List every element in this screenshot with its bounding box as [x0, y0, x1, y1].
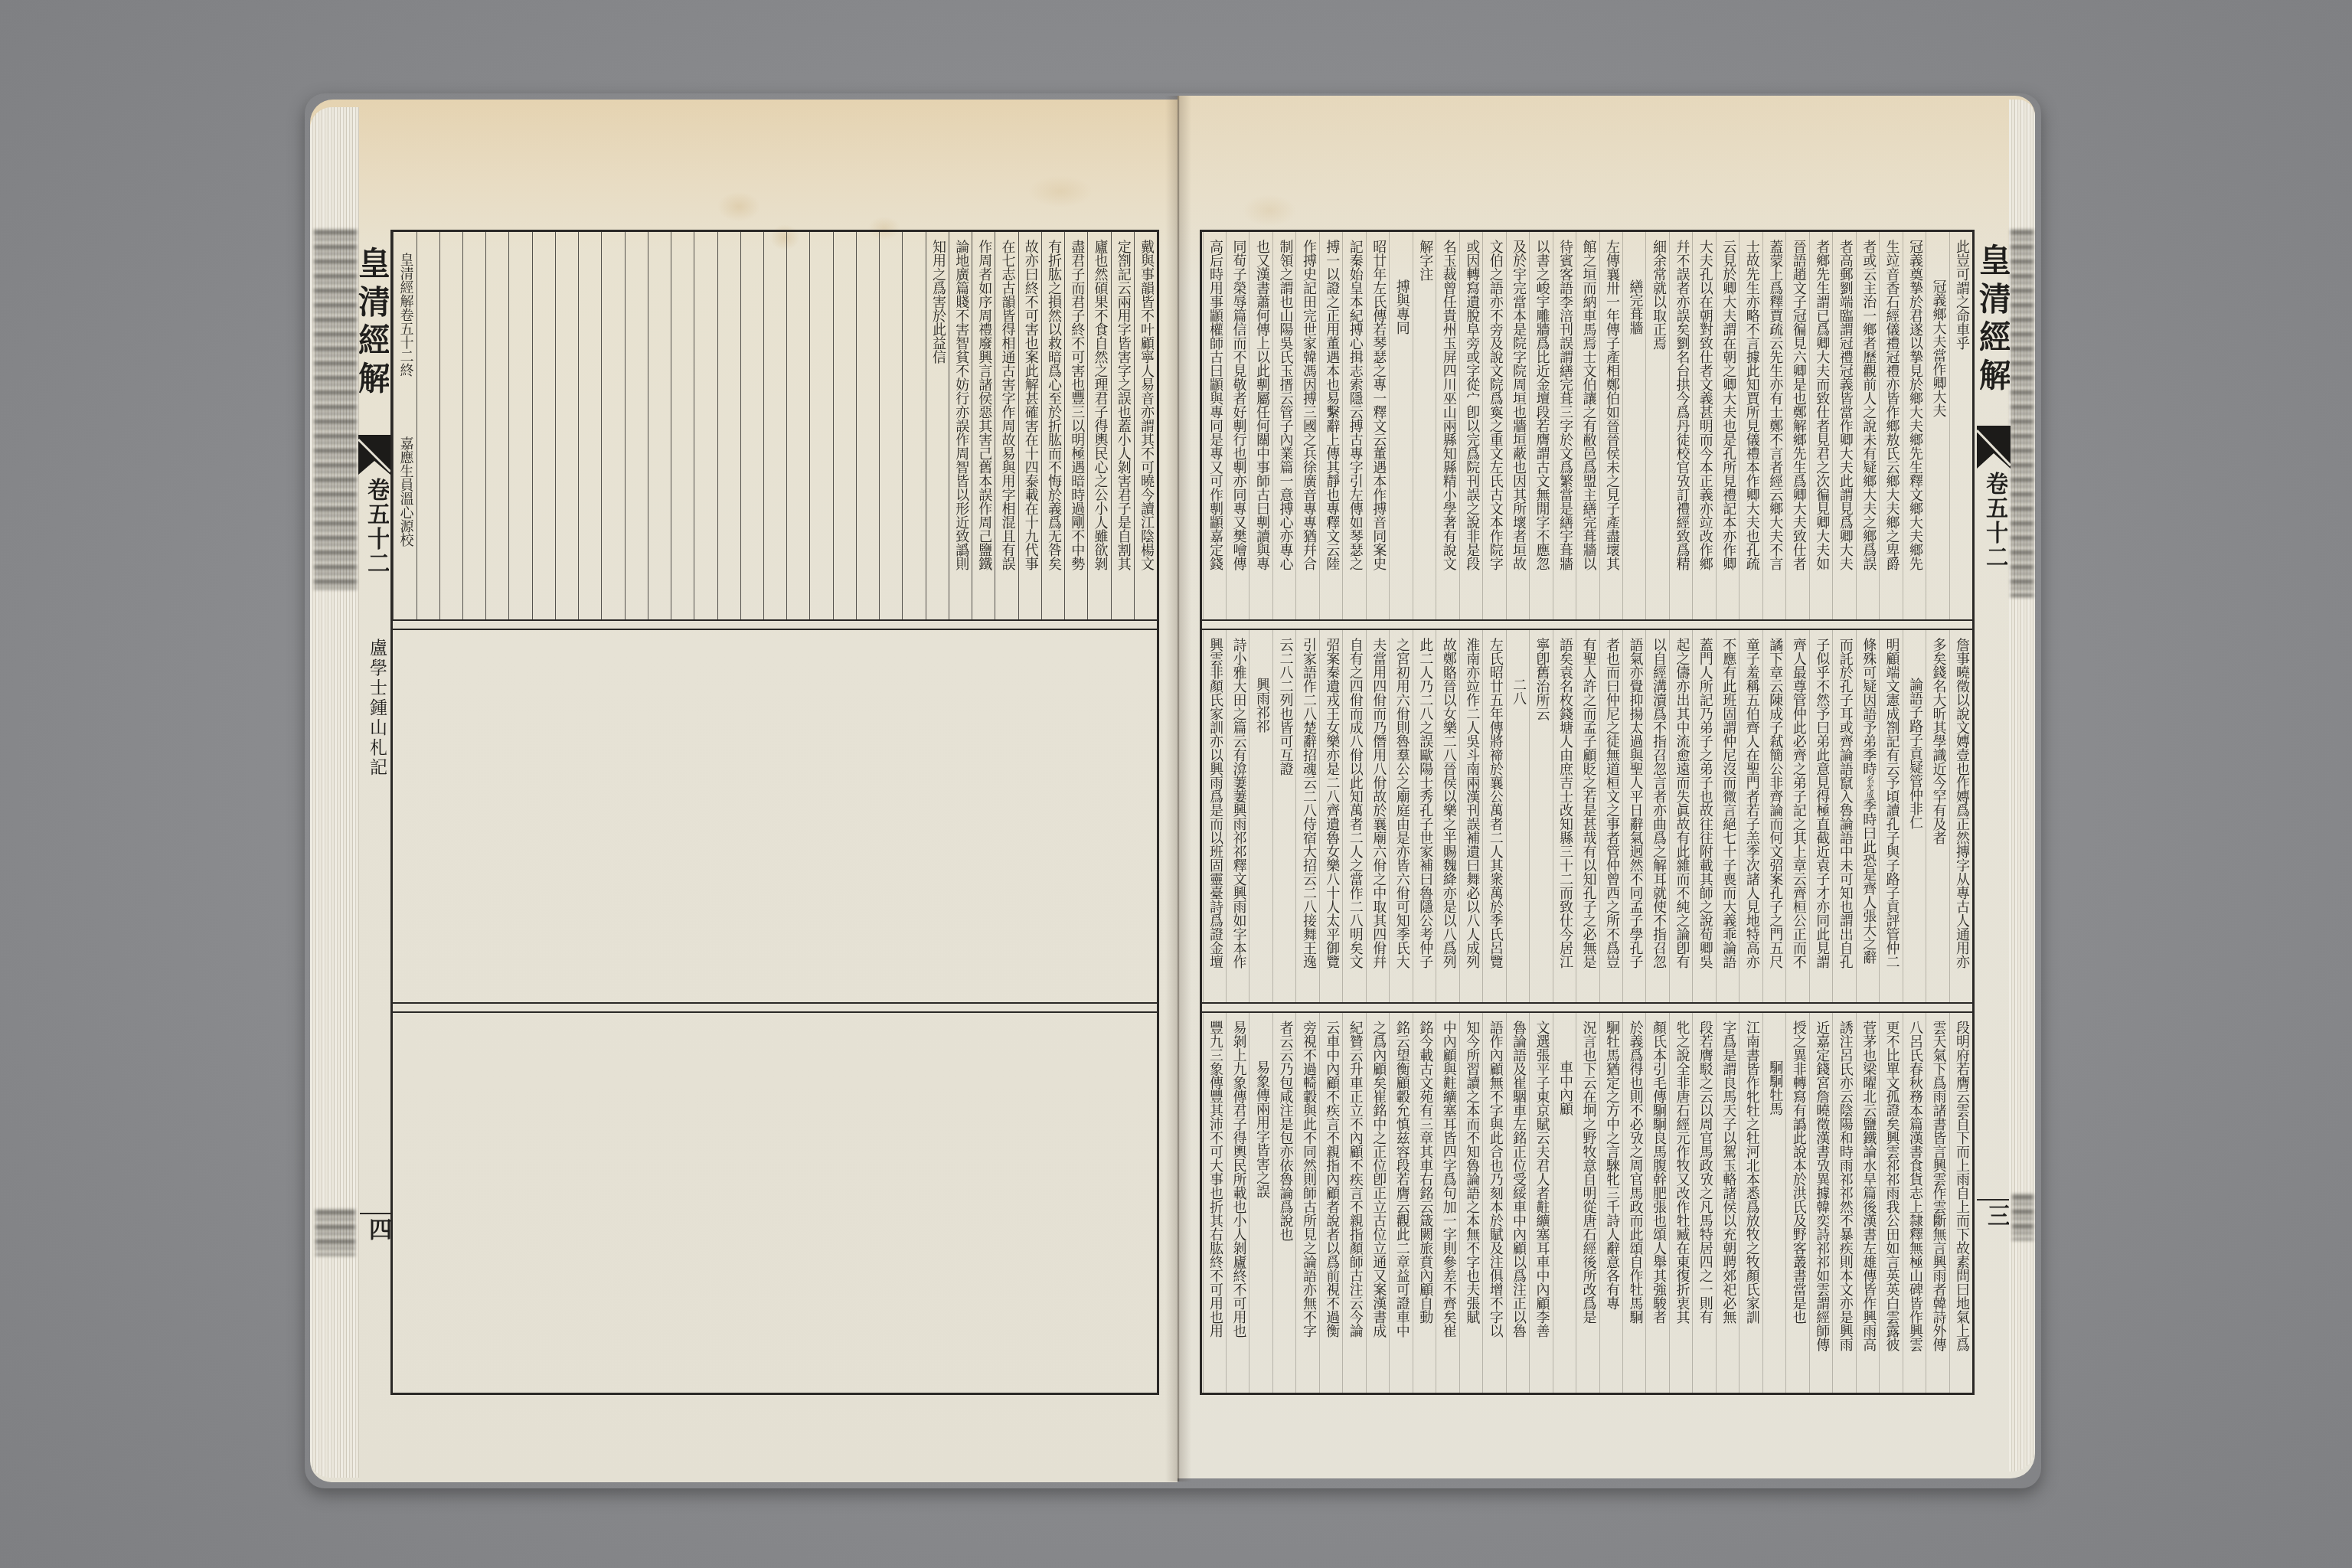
text-column: 魯論語及崔駰車左銘正位受綏車中內顧以爲注正以魯 — [1506, 1013, 1529, 1393]
text-column: 詩小雅大田之篇云有渰萋萋興雨祁祁釋文興雨如字本作 — [1226, 630, 1249, 1002]
column-text: 況言也下云在坰之野牧意自明從唐石經後所改爲是 — [1581, 1021, 1597, 1324]
column-text: 盡君子而君子終不可害也豐三以明極遇暗時過剛不中勢 — [1069, 240, 1085, 570]
column-text: 云車中內顧不疾言不親指內顧者說者以爲前視不過衡 — [1324, 1021, 1340, 1338]
entry-heading-column: 搏與專同 — [1389, 232, 1412, 619]
text-column: 盡君子而君子終不可害也豐三以明極遇暗時過剛不中勢 — [1064, 232, 1087, 619]
blank-ruled-column — [462, 232, 485, 619]
blank-ruled-column — [786, 232, 809, 619]
text-column: 詹事曉徵以說文嫥壹也作嫥爲正然摶字从專古人通用亦 — [1949, 630, 1972, 1002]
volume-end-mark: 皇清經解卷五十二終 — [398, 253, 414, 377]
column-text: 有聖人許之而孟子顧貶之若是甚哉有以知孔子之必無是 — [1581, 638, 1597, 969]
column-text: 寧卽舊治所云 — [1534, 638, 1550, 720]
column-text: 制領之謂也山陽吳氏玉搢云管子內業篇一意搏心亦專心 — [1277, 240, 1293, 570]
text-column: 齊人最尊管仲此必齊之弟子記之其上章云齊桓公正而不 — [1785, 630, 1808, 1002]
text-column: 論地廣篇賤不害智貧不妨行亦誤作周智皆以形近致譌則 — [949, 232, 972, 619]
column-text: 譎下章云陳成子弒簡公非齊論而何文弨案孔子之門五尺 — [1767, 638, 1783, 969]
column-text: 者鄉先生謂已爲卿大夫而致仕者見君之次徧見卿大夫如 — [1814, 240, 1830, 570]
column-text: 易象傳兩用字皆害之誤 — [1254, 1060, 1270, 1198]
column-text: 細余常就以取正焉 — [1651, 240, 1667, 350]
text-column: 旁視不過輢轂與此不同然則師古所見之論語亦無不字 — [1295, 1013, 1318, 1393]
text-column: 童子羞稱五伯齊人在聖門者若子羔季次諸人見地特高亦 — [1739, 630, 1762, 1002]
text-column: 語矣袁名枚錢塘人由庶吉士改知縣三十二而致仕今居江 — [1553, 630, 1576, 1002]
text-column: 而託於孔子耳或齊論語竄入魯論語中未可知也謂出自孔 — [1832, 630, 1855, 1002]
column-text: 廬也然碩果不食自然之理君子得輿民心之公小人雖欲剝 — [1093, 240, 1109, 570]
column-text: 興雨祁祁 — [1254, 678, 1270, 733]
text-column: 者云云乃包咸注是包亦依魯論爲說也 — [1272, 1013, 1295, 1393]
text-column: 字爲是謂良馬天子以駕玉輅諸侯以充朝聘郊祀必無 — [1716, 1013, 1739, 1393]
text-column: 譎下章云陳成子弒簡公非齊論而何文弨案孔子之門五尺 — [1762, 630, 1785, 1002]
column-text: 作搏史記田完世家韓馮因搏三國之兵徐廣音專專猶幷合 — [1301, 240, 1317, 570]
column-text: 授之異非轉寫有譌此說本於洪氏及野客叢書當是也 — [1791, 1021, 1807, 1324]
blank-ruled-column — [856, 232, 879, 619]
column-text: 自有之四佾而成八佾以此知萬者二人之當作二八明矣文 — [1347, 638, 1364, 969]
text-column: 紀贊云升車正立不內顧不疾言不親指顏師古注云今論 — [1342, 1013, 1365, 1393]
fish-tail-mark-icon — [1977, 426, 2011, 469]
blank-ruled-column — [601, 232, 624, 619]
column-text: 搏一以證之正用董遇本也易繫辭上傳其靜也專釋文云陸 — [1324, 240, 1340, 570]
column-text: 待賓客語李涪刊誤謂繕完葺三字於文爲繁當是繕宇葺牆 — [1557, 240, 1573, 570]
column-text: 旁視不過輢轂與此不同然則師古所見之論語亦無不字 — [1301, 1021, 1317, 1338]
banxin-juan-number: 卷五十二 — [1980, 472, 2007, 579]
column-text: 近嘉定錢宮詹曉徵漢書攷異據韓奕詩祁祁如雲謂經師傳 — [1814, 1021, 1830, 1351]
column-text: 童子羞稱五伯齊人在聖門者若子羔季次諸人見地特高亦 — [1744, 638, 1760, 969]
text-column: 雲天氣下爲雨諸書皆言興雲作雲斷無言興雨者韓詩外傳 — [1926, 1013, 1949, 1393]
blank-ruled-column — [694, 232, 717, 619]
left-stack-page-number-bleed — [315, 1210, 355, 1256]
column-text: 銘云望衡顧轂允慎兹容段若膺云觀此二章益可證車中 — [1394, 1021, 1410, 1338]
column-text: 駉駉牡馬 — [1767, 1060, 1783, 1116]
interlinear-note: 名允成 — [1864, 776, 1873, 799]
right-bottom-columns: 段明府若膺云雲自下而上雨自上而下故素問曰地氣上爲雲天氣下爲雨諸書皆言興雲作雲斷無… — [1202, 1013, 1972, 1393]
text-column: 館之垣而納車馬焉士文伯讓之有敝邑爲盟主繕完葺牆以 — [1576, 232, 1599, 619]
blank-ruled-column — [879, 232, 902, 619]
text-column: 昭廿年左氏傳若琴瑟之專一釋文云董遇本作搏音同案史 — [1366, 232, 1389, 619]
text-column: 有聖人許之而孟子顧貶之若是甚哉有以知孔子之必無是 — [1576, 630, 1599, 1002]
text-column: 銘今載古文苑有三章其車右銘云箴闕旅賁內顧自動 — [1413, 1013, 1436, 1393]
left-page-text-frame: 戴與事韻皆不叶顧寧人易音亦謂其不可曉今讀江陰楊文定劄記云兩用字皆害字之誤也蓋小人… — [390, 230, 1159, 1395]
entry-heading-column: 冠義鄉大夫當作卿大夫 — [1926, 232, 1949, 619]
blank-ruled-column — [508, 232, 531, 619]
column-text: 多矣錢名大昕其學識近今罕有及者 — [1931, 638, 1947, 844]
text-column: 有折肱之損然以救暗爲心至於折肱而不悔於義爲无咎矣 — [1041, 232, 1064, 619]
column-text: 之宮初用六佾則魯羣公之廟庭由是亦皆六佾可知季氏大 — [1394, 638, 1410, 969]
column-text: 齊人最尊管仲此必齊之弟子記之其上章云齊桓公正而不 — [1791, 638, 1807, 969]
entry-heading-column: 興雨祁祁 — [1249, 630, 1272, 1002]
right-middle-register: 詹事曉徵以說文嫥壹也作嫥爲正然摶字从專古人通用亦多矣錢名大昕其學識近今罕有及者論… — [1202, 629, 1972, 1004]
text-column: 自有之四佾而成八佾以此知萬者二人之當作二八明矣文 — [1342, 630, 1365, 1002]
text-column: 子似乎不然予曰弟此意見得極直截近袁子才亦同此見謂 — [1809, 630, 1832, 1002]
text-column: 故亦曰終不可害也案此解甚確害在十四泰載在十九代事 — [1018, 232, 1041, 619]
text-column: 定劄記云兩用字皆害字之誤也蓋小人剝害君子是自割其 — [1111, 232, 1134, 619]
page-number: 四 — [363, 1217, 390, 1248]
column-text: 更不比單文孤證矣興雲祁祁雨我公田如言英英白雲露彼 — [1884, 1021, 1900, 1351]
text-column: 作搏史記田完世家韓馮因搏三國之兵徐廣音專專猶幷合 — [1295, 232, 1318, 619]
left-bottom-register-blank — [393, 1011, 1157, 1393]
column-text: 左氏昭廿五年傳將禘於襄公萬者二人其衆萬於季氏呂覽 — [1488, 638, 1504, 969]
blank-ruled-column — [763, 232, 786, 619]
left-stack-banxin-print-bleed — [314, 230, 357, 590]
collator-credit: 嘉應生員溫心源校 — [398, 377, 414, 547]
text-column: 士故先生亦略不言據此知賈所見儀禮本作卿大夫也孔疏 — [1739, 232, 1762, 619]
column-text: 雲天氣下爲雨諸書皆言興雲作雲斷無言興雨者韓詩外傳 — [1931, 1021, 1947, 1351]
text-column: 作周者如序周禮廢興言諸侯惡其害己舊本誤作周己鹽鐵 — [972, 232, 995, 619]
column-text: 銘今載古文苑有三章其車右銘云箴闕旅賁內顧自動 — [1417, 1021, 1433, 1324]
page-number: 三 — [1981, 1204, 2009, 1234]
column-text: 名玉裁曾任貴州玉屏四川巫山兩縣知縣精小學著有說文 — [1441, 240, 1457, 570]
text-column: 八呂氏春秋務本篇漢書食貨志上隸釋無極山碑皆作興雲 — [1903, 1013, 1926, 1393]
column-text: 車中內顧 — [1557, 1060, 1573, 1116]
blank-ruled-column — [485, 232, 508, 619]
column-text: 駉牡馬猶定之方中之言騋牝三千詩人辭意各有專 — [1604, 1021, 1620, 1310]
text-column: 記秦始皇本紀搏心揖志索隱云搏古專字引左傳如琴瑟之 — [1342, 232, 1365, 619]
column-text: 者或云主治一鄉者歷觀前人之說未有疑鄉大夫之鄉爲誤 — [1860, 240, 1877, 570]
column-text: 者高郵劉端臨謂冠禮冠義皆當作卿大夫此謂見爲卿大夫 — [1837, 240, 1854, 570]
banxin-book-title: 皇清經解 — [1978, 243, 2010, 423]
text-column: 駉牡馬猶定之方中之言騋牝三千詩人辭意各有專 — [1599, 1013, 1622, 1393]
text-column: 也又漢書蕭何傳上以此剸屬任何關中事師古曰剸讀與專 — [1249, 232, 1272, 619]
text-column: 云見於卿大夫謂在朝之卿大夫也是孔所見禮記本亦作卿 — [1716, 232, 1739, 619]
text-column: 戴與事韻皆不叶顧寧人易音亦謂其不可曉今讀江陰楊文 — [1134, 232, 1157, 619]
column-text: 語作內顧無不字與此合也乃刻本於賦及注俱增不字以 — [1488, 1021, 1504, 1338]
text-column: 夫當用四佾而乃僭用八佾故於襄廟六佾之中取其四佾幷 — [1366, 630, 1389, 1002]
text-column: 冠義奠摯於君遂以摯見於鄉大夫鄉先生釋文鄉大夫鄉先 — [1903, 232, 1926, 619]
colophon-column: 皇清經解卷五十二終嘉應生員溫心源校 — [393, 232, 416, 619]
text-column: 以書之峻宇雕牆爲比近金壇段若膺謂古文無閒字不應忽 — [1529, 232, 1552, 619]
column-text: 知用之爲害於此益信 — [930, 240, 946, 364]
column-text: 興雲非顏氏家訓亦以興雨爲是而以班固靈臺詩爲證金壇 — [1207, 638, 1223, 969]
text-column: 幷不誤者亦誤矣劉名台拱今爲丹徒校官攷訂禮經致爲精 — [1669, 232, 1692, 619]
column-text: 故鄭賂晉以女樂二八晉侯以樂之半賜魏絳亦是以八爲列 — [1441, 638, 1457, 969]
column-text: 江南書皆作牝牡之牡河北本悉爲放牧之牧顏氏家訓 — [1744, 1021, 1760, 1324]
text-column: 豐九三象傳豐其沛不可大事也折其右肱終不可用也用 — [1203, 1013, 1226, 1393]
text-column: 起之儔亦出其中流愈遠而失眞故有此雜而不純之論卽有 — [1669, 630, 1692, 1002]
column-text: 或因轉寫遺脫阜旁或字從宀卽以完爲院刊誤之說非是段 — [1464, 240, 1480, 570]
text-column: 近嘉定錢宮詹曉徵漢書攷異據韓奕詩祁祁如雲謂經師傳 — [1809, 1013, 1832, 1393]
text-column: 名玉裁曾任貴州玉屏四川巫山兩縣知縣精小學著有說文 — [1436, 232, 1459, 619]
column-text: 及於宇完當本是院字院周垣也牆垣蔽也因其所壞者垣故 — [1511, 240, 1527, 570]
text-column: 細余常就以取正焉 — [1645, 232, 1668, 619]
column-text: 幷不誤者亦誤矣劉名台拱今爲丹徒校官攷訂禮經致爲精 — [1674, 240, 1690, 570]
column-text: 牝之說全非唐石經元作牧又改作牡臧在東復折衷其 — [1674, 1021, 1690, 1324]
text-column: 牝之說全非唐石經元作牧又改作牡臧在東復折衷其 — [1669, 1013, 1692, 1393]
column-text: 二八 — [1511, 678, 1527, 705]
text-column: 段明府若膺云雲自下而上雨自上而下故素問曰地氣上爲 — [1949, 1013, 1972, 1393]
column-text: 戴與事韻皆不叶顧寧人易音亦謂其不可曉今讀江陰楊文 — [1138, 240, 1155, 570]
entry-heading-column: 易象傳兩用字皆害之誤 — [1249, 1013, 1272, 1393]
column-text: 易剝上九象傳君子得輿民所載也小人剝廬終不可用也 — [1230, 1021, 1246, 1338]
right-top-columns: 此豈可謂之命車乎冠義鄉大夫當作卿大夫冠義奠摯於君遂以摯見於鄉大夫鄉先生釋文鄉大夫… — [1202, 232, 1972, 619]
column-text: 引家語作二八楚辭招魂云二八侍宿大招云二八接舞王逸 — [1301, 638, 1317, 969]
column-text: 段明府若膺云雲自下而上雨自上而下故素問曰地氣上爲 — [1954, 1021, 1970, 1351]
left-top-register: 戴與事韻皆不叶顧寧人易音亦謂其不可曉今讀江陰楊文定劄記云兩用字皆害字之誤也蓋小人… — [393, 232, 1157, 621]
column-text: 大夫孔以在朝對致仕者文義甚明而今本正義亦竝改作鄉 — [1697, 240, 1713, 570]
right-middle-columns: 詹事曉徵以說文嫥壹也作嫥爲正然摶字从專古人通用亦多矣錢名大昕其學識近今罕有及者論… — [1202, 630, 1972, 1002]
column-text: 此豈可謂之命車乎 — [1954, 240, 1970, 350]
text-column: 況言也下云在坰之野牧意自明從唐石經後所改爲是 — [1576, 1013, 1599, 1393]
column-text: 於義爲得也則不必攷之周官馬政而此頌自作牡馬駉 — [1627, 1021, 1643, 1324]
column-text: 弨案秦遺戎王女樂亦是二八齊遺魯女樂八十人太平御覽 — [1324, 638, 1340, 969]
text-column: 制領之謂也山陽吳氏玉搢云管子內業篇一意搏心亦專心 — [1272, 232, 1295, 619]
column-text: 左傳襄卅一年傳子產相鄭伯如晉晉侯未之見子產盡壞其 — [1604, 240, 1620, 570]
column-text: 菅茅也梁曜北云鹽鐵論水旱篇後漢書左雄傳皆作興雨高 — [1860, 1021, 1877, 1351]
text-column: 者高郵劉端臨謂冠禮冠義皆當作卿大夫此謂見爲卿大夫 — [1832, 232, 1855, 619]
left-top-columns: 戴與事韻皆不叶顧寧人易音亦謂其不可曉今讀江陰楊文定劄記云兩用字皆害字之誤也蓋小人… — [393, 232, 1157, 619]
text-column: 故鄭賂晉以女樂二八晉侯以樂之半賜魏絳亦是以八爲列 — [1436, 630, 1459, 1002]
text-column: 高后時用事顓權師古曰顓與專同是專又可作剸顓嘉定錢 — [1203, 232, 1226, 619]
column-text: 故亦曰終不可害也案此解甚確害在十四泰載在十九代事 — [1023, 240, 1039, 570]
column-text: 生竝音香石經儀禮冠禮亦皆作鄉敖氏云鄉大夫鄉之卑爵 — [1884, 240, 1900, 570]
blank-ruled-column — [902, 232, 925, 619]
blank-ruled-column — [625, 232, 648, 619]
text-column: 易剝上九象傳君子得輿民所載也小人剝廬終不可用也 — [1226, 1013, 1249, 1393]
text-column: 左傳襄卅一年傳子產相鄭伯如晉晉侯未之見子產盡壞其 — [1599, 232, 1622, 619]
text-column: 銘云望衡顧轂允慎兹容段若膺云觀此二章益可證車中 — [1389, 1013, 1412, 1393]
text-column: 不應有此班固謂仲尼沒而微言絕七十子喪而大義乖論語 — [1716, 630, 1739, 1002]
column-text: 八呂氏春秋務本篇漢書食貨志上隸釋無極山碑皆作興雲 — [1907, 1021, 1923, 1351]
text-column: 寧卽舊治所云 — [1529, 630, 1552, 1002]
text-column: 語氣亦覺抑揚太過與聖人平日辭氣迥然不同孟子學孔子 — [1622, 630, 1645, 1002]
text-column: 弨案秦遺戎王女樂亦是二八齊遺魯女樂八十人太平御覽 — [1319, 630, 1342, 1002]
column-text: 昭廿年左氏傳若琴瑟之專一釋文云董遇本作搏音同案史 — [1370, 240, 1387, 570]
column-text: 高后時用事顓權師古曰顓與專同是專又可作剸顓嘉定錢 — [1207, 240, 1223, 570]
right-stack-banxin-print-bleed — [2011, 230, 2033, 597]
column-text: 定劄記云兩用字皆害字之誤也蓋小人剝害君子是自割其 — [1116, 240, 1132, 570]
column-text: 語氣亦覺抑揚太過與聖人平日辭氣迥然不同孟子學孔子 — [1627, 638, 1643, 969]
text-column: 知今所習讀之本而不知魯論語之本無不字也夫張賦 — [1459, 1013, 1482, 1393]
column-text: 記秦始皇本紀搏心揖志索隱云搏古專字引左傳如琴瑟之 — [1347, 240, 1364, 570]
column-text: 冠義鄉大夫當作卿大夫 — [1931, 279, 1947, 417]
entry-heading-column: 繕完葺牆 — [1622, 232, 1645, 619]
text-column: 待賓客語李涪刊誤謂繕完葺三字於文爲繁當是繕宇葺牆 — [1553, 232, 1576, 619]
column-text: 在七志古韻皆得相通古害字作周故易與用字相混且有誤 — [1000, 240, 1016, 570]
text-column: 解字注 — [1413, 232, 1436, 619]
text-column: 明顧端文憲成劄記有云予頃讀孔子與子路子貢評管仲二 — [1879, 630, 1902, 1002]
blank-ruled-column — [648, 232, 671, 619]
column-text: 解字注 — [1417, 240, 1433, 281]
text-column: 語作內顧無不字與此合也乃刻本於賦及注俱增不字以 — [1482, 1013, 1505, 1393]
text-column: 中內顧與黈纊塞耳皆四字爲句加一字則參差不齊矣崔 — [1436, 1013, 1459, 1393]
column-text: 夫當用四佾而乃僭用八佾故於襄廟六佾之中取其四佾幷 — [1370, 638, 1387, 969]
text-column: 大夫孔以在朝對致仕者文義甚明而今本正義亦竝改作鄉 — [1692, 232, 1715, 619]
column-text: 作周者如序周禮廢興言諸侯惡其害己舊本誤作周己鹽鐵 — [976, 240, 992, 570]
banxin-book-title: 皇清經解 — [358, 247, 389, 426]
text-column: 晉語趙文子冠徧見六卿是也鄭解鄉先生爲卿大夫致仕者 — [1785, 232, 1808, 619]
text-column: 云車中內顧不疾言不親指內顧者說者以爲前視不過衡 — [1319, 1013, 1342, 1393]
column-text: 中內顧與黈纊塞耳皆四字爲句加一字則參差不齊矣崔 — [1441, 1021, 1457, 1338]
text-column: 左氏昭廿五年傳將禘於襄公萬者二人其衆萬於季氏呂覽 — [1482, 630, 1505, 1002]
column-text: 繕完葺牆 — [1627, 279, 1643, 335]
column-text: 蓋門人所記乃弟子之弟子也故往往附載其師之說荀卿吳 — [1697, 638, 1713, 969]
blank-ruled-column — [439, 232, 462, 619]
text-column: 者鄉先生謂已爲卿大夫而致仕者見君之次徧見卿大夫如 — [1809, 232, 1832, 619]
column-text: 搏與專同 — [1394, 279, 1410, 335]
blank-ruled-column — [671, 232, 694, 619]
column-text: 字爲是謂良馬天子以駕玉輅諸侯以充朝聘郊祀必無 — [1720, 1021, 1736, 1324]
text-column: 興雲非顏氏家訓亦以興雨爲是而以班固靈臺詩爲證金壇 — [1203, 630, 1226, 1002]
text-column: 多矣錢名大昕其學識近今罕有及者 — [1926, 630, 1949, 1002]
text-column: 淮南亦竝作二人吳斗南兩漢刊誤補遺曰舞必以八人成列 — [1459, 630, 1482, 1002]
column-text: 論語子路子貢疑管仲非仁 — [1907, 678, 1923, 829]
text-column: 蓋蒙上爲釋賈疏云先生亦有士鄭不言者經云鄉大夫不言 — [1762, 232, 1785, 619]
text-column: 搏一以證之正用董遇本也易繫辭上傳其靜也專釋文云陸 — [1319, 232, 1342, 619]
text-column: 生竝音香石經儀禮冠禮亦皆作鄉敖氏云鄉大夫鄉之卑爵 — [1879, 232, 1902, 619]
text-column: 蓋門人所記乃弟子之弟子也故往往附載其師之說荀卿吳 — [1692, 630, 1715, 1002]
column-text: 者也而曰仲尼之徒無道桓文之事者管仲曾西之所不爲豈 — [1604, 638, 1620, 969]
text-column: 誘注呂氏亦云陰陽和時雨祁祁然不暴疾則本文亦是興雨 — [1832, 1013, 1855, 1393]
banxin-rule — [1977, 1199, 2009, 1200]
banxin-juan-number: 卷五十二 — [361, 478, 389, 585]
column-text: 文伯之語亦不旁及說文院爲寏之重文左氏古文本作院字 — [1488, 240, 1504, 570]
text-column: 江南書皆作牝牡之牡河北本悉爲放牧之牧顏氏家訓 — [1739, 1013, 1762, 1393]
column-text: 文選張平子東京賦云夫君人者黈纊塞耳車中內顧李善 — [1534, 1021, 1550, 1338]
column-text: 知今所習讀之本而不知魯論語之本無不字也夫張賦 — [1464, 1021, 1480, 1324]
text-column: 引家語作二八楚辭招魂云二八侍宿大招云二八接舞王逸 — [1295, 630, 1318, 1002]
right-stack-page-number-bleed — [2012, 1194, 2033, 1240]
column-text: 同荀子榮辱篇信而不見敬者好剸行也剸亦同專又樊噲傳 — [1230, 240, 1246, 570]
blank-ruled-column — [833, 232, 856, 619]
column-text: 詹事曉徵以說文嫥壹也作嫥爲正然摶字从專古人通用亦 — [1954, 638, 1970, 969]
banxin-rule — [360, 1213, 390, 1214]
text-column: 者或云主治一鄉者歷觀前人之說未有疑鄉大夫之鄉爲誤 — [1856, 232, 1879, 619]
column-text: 紀贊云升車正立不內顧不疾言不親指顏師古注云今論 — [1347, 1021, 1364, 1338]
blank-ruled-column — [717, 232, 740, 619]
text-column: 者也而曰仲尼之徒無道桓文之事者管仲曾西之所不爲豈 — [1599, 630, 1622, 1002]
text-column: 同荀子榮辱篇信而不見敬者好剸行也剸亦同專又樊噲傳 — [1226, 232, 1249, 619]
text-column: 更不比單文孤證矣興雲祁祁雨我公田如言英英白雲露彼 — [1879, 1013, 1902, 1393]
right-page-text-frame: 此豈可謂之命車乎冠義鄉大夫當作卿大夫冠義奠摯於君遂以摯見於鄉大夫鄉先生釋文鄉大夫… — [1200, 230, 1975, 1395]
entry-heading-column: 論語子路子貢疑管仲非仁 — [1903, 630, 1926, 1002]
text-column: 顏氏本引毛傳駉駉良馬腹幹肥張也頌人舉其強駿者 — [1645, 1013, 1668, 1393]
column-text: 以自經溝瀆爲不指召忽言者亦曲爲之解耳就使不指召忽 — [1651, 638, 1667, 969]
blank-ruled-column — [555, 232, 578, 619]
column-text: 季時曰此恐是齊人張大之辭 — [1860, 799, 1877, 964]
text-column: 以自經溝瀆爲不指召忽言者亦曲爲之解耳就使不指召忽 — [1645, 630, 1668, 1002]
text-column: 知用之爲害於此益信 — [926, 232, 949, 619]
blank-ruled-column — [416, 232, 439, 619]
text-column: 授之異非轉寫有譌此說本於洪氏及野客叢書當是也 — [1785, 1013, 1808, 1393]
column-text: 士故先生亦略不言據此知賈所見儀禮本作卿大夫也孔疏 — [1744, 240, 1760, 570]
banxin-work-title: 盧學士鍾山札記 — [364, 639, 387, 799]
text-column: 之宮初用六佾則魯羣公之廟庭由是亦皆六佾可知季氏大 — [1389, 630, 1412, 1002]
column-text: 魯論語及崔駰車左銘正位受綏車中內顧以爲注正以魯 — [1511, 1021, 1527, 1338]
fish-tail-mark-icon — [358, 435, 390, 475]
text-column: 云二八二列也皆可互證 — [1272, 630, 1295, 1002]
blank-ruled-column — [809, 232, 832, 619]
entry-heading-column: 二八 — [1506, 630, 1529, 1002]
text-column: 條殊可疑因語予弟季時名允成季時曰此恐是齊人張大之辭 — [1856, 630, 1879, 1002]
column-text: 館之垣而納車馬焉士文伯讓之有敝邑爲盟主繕完葺牆以 — [1581, 240, 1597, 570]
column-text: 明顧端文憲成劄記有云予頃讀孔子與子路子貢評管仲二 — [1884, 638, 1900, 969]
blank-ruled-column — [740, 232, 763, 619]
text-column: 於義爲得也則不必攷之周官馬政而此頌自作牡馬駉 — [1622, 1013, 1645, 1393]
text-column: 文選張平子東京賦云夫君人者黈纊塞耳車中內顧李善 — [1529, 1013, 1552, 1393]
column-text: 淮南亦竝作二人吳斗南兩漢刊誤補遺曰舞必以八人成列 — [1464, 638, 1480, 969]
text-column: 此二人乃二八之誤歐陽士秀孔子世家補曰魯隱公考仲子 — [1413, 630, 1436, 1002]
column-text: 有折肱之損然以救暗爲心至於折肱而不悔於義爲无咎矣 — [1046, 240, 1062, 570]
column-text: 顏氏本引毛傳駉駉良馬腹幹肥張也頌人舉其強駿者 — [1651, 1021, 1667, 1324]
column-text: 蓋蒙上爲釋賈疏云先生亦有士鄭不言者經云鄉大夫不言 — [1767, 240, 1783, 570]
column-text: 段若膺駁之云以周官馬政攷之凡馬特居四之一則有 — [1697, 1021, 1713, 1324]
column-text: 論地廣篇賤不害智貧不妨行亦誤作周智皆以形近致譌則 — [953, 240, 969, 570]
text-column: 之爲內顧矣崔銘中之正位卽正立古位立通又案漢書成 — [1366, 1013, 1389, 1393]
column-text: 也又漢書蕭何傳上以此剸屬任何關中事師古曰剸讀與專 — [1254, 240, 1270, 570]
column-text: 此二人乃二八之誤歐陽士秀孔子世家補曰魯隱公考仲子 — [1417, 638, 1433, 969]
book-gutter — [1165, 96, 1191, 1481]
column-text: 子似乎不然予曰弟此意見得極直截近袁子才亦同此見謂 — [1814, 638, 1830, 969]
text-column: 及於宇完當本是院字院周垣也牆垣蔽也因其所壞者垣故 — [1506, 232, 1529, 619]
column-text: 誘注呂氏亦云陰陽和時雨祁祁然不暴疾則本文亦是興雨 — [1837, 1021, 1854, 1351]
column-text: 云見於卿大夫謂在朝之卿大夫也是孔所見禮記本亦作卿 — [1720, 240, 1736, 570]
text-column: 段若膺駁之云以周官馬政攷之凡馬特居四之一則有 — [1692, 1013, 1715, 1393]
column-text: 不應有此班固謂仲尼沒而微言絕七十子喪而大義乖論語 — [1720, 638, 1736, 969]
column-text: 豐九三象傳豐其沛不可大事也折其右肱終不可用也用 — [1207, 1021, 1223, 1338]
column-text: 冠義奠摯於君遂以摯見於鄉大夫鄉先生釋文鄉大夫鄉先 — [1907, 240, 1923, 570]
blank-ruled-column — [532, 232, 555, 619]
text-column: 在七志古韻皆得相通古害字作周故易與用字相混且有誤 — [995, 232, 1018, 619]
column-text: 之爲內顧矣崔銘中之正位卽正立古位立通又案漢書成 — [1370, 1021, 1387, 1338]
text-column: 廬也然碩果不食自然之理君子得輿民心之公小人雖欲剝 — [1087, 232, 1110, 619]
left-middle-register-blank — [393, 629, 1157, 1004]
text-column: 或因轉寫遺脫阜旁或字從宀卽以完爲院刊誤之說非是段 — [1459, 232, 1482, 619]
column-text: 以書之峻宇雕牆爲比近金壇段若膺謂古文無閒字不應忽 — [1534, 240, 1550, 570]
column-text: 條殊可疑因語予弟季時 — [1860, 638, 1877, 776]
blank-ruled-column — [578, 232, 601, 619]
column-text: 詩小雅大田之篇云有渰萋萋興雨祁祁釋文興雨如字本作 — [1230, 638, 1246, 969]
column-text: 起之儔亦出其中流愈遠而失眞故有此雜而不純之論卽有 — [1674, 638, 1690, 969]
column-text: 而託於孔子耳或齊論語竄入魯論語中未可知也謂出自孔 — [1837, 638, 1854, 969]
column-text: 語矣袁名枚錢塘人由庶吉士改知縣三十二而致仕今居江 — [1557, 638, 1573, 969]
entry-heading-column: 駉駉牡馬 — [1762, 1013, 1785, 1393]
column-text: 晉語趙文子冠徧見六卿是也鄭解鄉先生爲卿大夫致仕者 — [1791, 240, 1807, 570]
entry-heading-column: 車中內顧 — [1553, 1013, 1576, 1393]
right-top-register: 此豈可謂之命車乎冠義鄉大夫當作卿大夫冠義奠摯於君遂以摯見於鄉大夫鄉先生釋文鄉大夫… — [1202, 232, 1972, 621]
text-column: 此豈可謂之命車乎 — [1949, 232, 1972, 619]
text-column: 文伯之語亦不旁及說文院爲寏之重文左氏古文本作院字 — [1482, 232, 1505, 619]
column-text: 云二八二列也皆可互證 — [1277, 638, 1293, 776]
text-column: 菅茅也梁曜北云鹽鐵論水旱篇後漢書左雄傳皆作興雨高 — [1856, 1013, 1879, 1393]
column-text: 者云云乃包咸注是包亦依魯論爲說也 — [1277, 1021, 1293, 1241]
right-bottom-register: 段明府若膺云雲自下而上雨自上而下故素問曰地氣上爲雲天氣下爲雨諸書皆言興雲作雲斷無… — [1202, 1011, 1972, 1393]
